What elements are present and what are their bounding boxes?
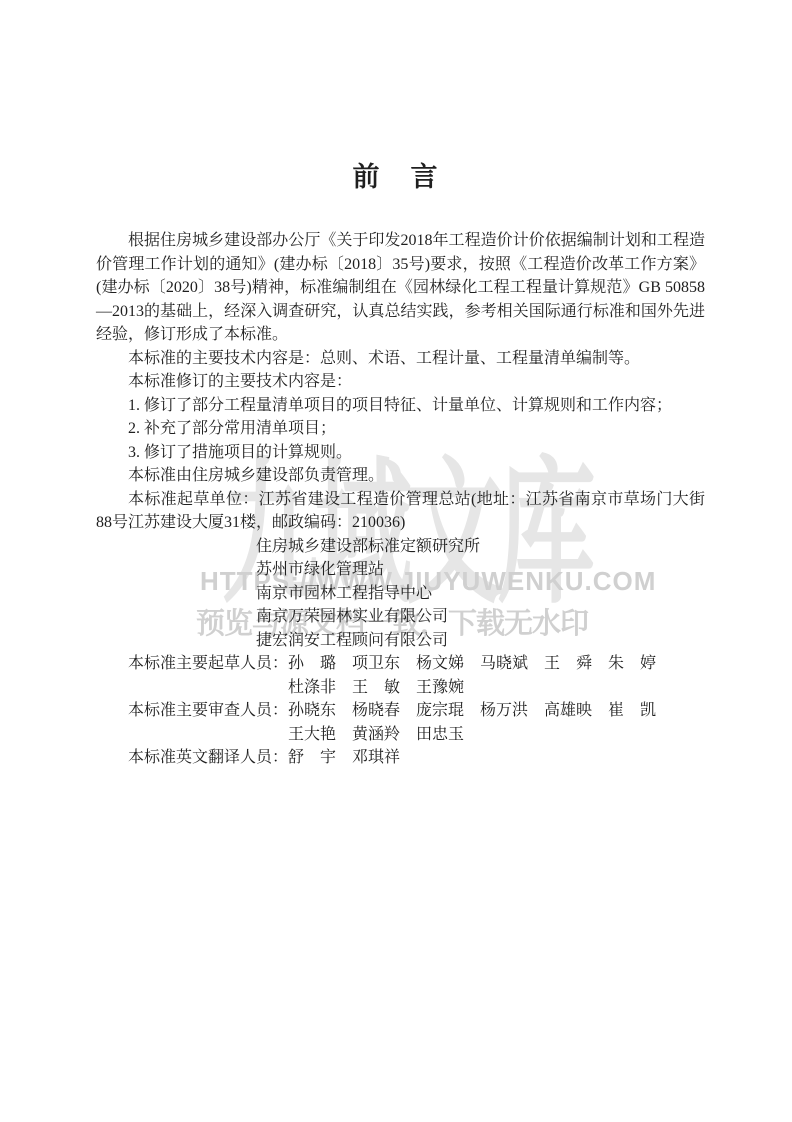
drafting-unit-item: 捷宏润安工程顾问有限公司 bbox=[256, 629, 705, 653]
paragraph-drafting-unit: 本标准起草单位：江苏省建设工程造价管理总站(地址：江苏省南京市草场门大街88号江… bbox=[96, 488, 705, 535]
drafting-unit-item: 住房城乡建设部标准定额研究所 bbox=[256, 535, 705, 559]
drafters-label: 本标准主要起草人员： bbox=[128, 652, 288, 676]
drafting-unit-item: 南京市园林工程指导中心 bbox=[256, 582, 705, 606]
paragraph-intro: 根据住房城乡建设部办公厅《关于印发2018年工程造价计价依据编制计划和工程造价管… bbox=[96, 229, 705, 347]
drafters-names-line: 杜涤非 王 敏 王豫婉 bbox=[288, 676, 656, 700]
preface-content: 根据住房城乡建设部办公厅《关于印发2018年工程造价计价依据编制计划和工程造价管… bbox=[96, 229, 705, 770]
paragraph-revision-intro: 本标准修订的主要技术内容是： bbox=[96, 370, 705, 394]
paragraph-main-contents: 本标准的主要技术内容是：总则、术语、工程计量、工程量清单编制等。 bbox=[96, 347, 705, 371]
drafters-names-line: 孙 璐 项卫东 杨文娣 马晓斌 王 舜 朱 婷 bbox=[288, 652, 656, 676]
translators-names-line: 舒 宇 邓琪祥 bbox=[288, 746, 400, 770]
paragraph-management: 本标准由住房城乡建设部负责管理。 bbox=[96, 464, 705, 488]
drafting-unit-item: 苏州市绿化管理站 bbox=[256, 558, 705, 582]
revision-item-3: 3. 修订了措施项目的计算规则。 bbox=[96, 441, 705, 465]
reviewers-names-line: 孙晓东 杨晓春 庞宗琨 杨万洪 高雄映 崔 凯 bbox=[288, 699, 656, 723]
revision-item-1: 1. 修订了部分工程量清单项目的项目特征、计量单位、计算规则和工作内容； bbox=[96, 394, 705, 418]
translators-label: 本标准英文翻译人员： bbox=[128, 746, 288, 770]
drafting-unit-item: 南京万荣园林实业有限公司 bbox=[256, 605, 705, 629]
drafting-units-list: 住房城乡建设部标准定额研究所 苏州市绿化管理站 南京市园林工程指导中心 南京万荣… bbox=[256, 535, 705, 653]
drafters-row: 本标准主要起草人员： 孙 璐 项卫东 杨文娣 马晓斌 王 舜 朱 婷 杜涤非 王… bbox=[96, 652, 705, 699]
drafters-names: 孙 璐 项卫东 杨文娣 马晓斌 王 舜 朱 婷 杜涤非 王 敏 王豫婉 bbox=[288, 652, 656, 699]
reviewers-label: 本标准主要审查人员： bbox=[128, 699, 288, 723]
translators-names: 舒 宇 邓琪祥 bbox=[288, 746, 400, 770]
translators-row: 本标准英文翻译人员： 舒 宇 邓琪祥 bbox=[96, 746, 705, 770]
document-page: 九域文库 HTTPS://WWW.JIUYUWENKU.COM 预览与源文档一致… bbox=[0, 0, 792, 1122]
reviewers-names: 孙晓东 杨晓春 庞宗琨 杨万洪 高雄映 崔 凯 王大艳 黄涵羚 田忠玉 bbox=[288, 699, 656, 746]
revision-item-2: 2. 补充了部分常用清单项目； bbox=[96, 417, 705, 441]
page-title: 前 言 bbox=[0, 155, 792, 194]
reviewers-names-line: 王大艳 黄涵羚 田忠玉 bbox=[288, 723, 656, 747]
reviewers-row: 本标准主要审查人员： 孙晓东 杨晓春 庞宗琨 杨万洪 高雄映 崔 凯 王大艳 黄… bbox=[96, 699, 705, 746]
